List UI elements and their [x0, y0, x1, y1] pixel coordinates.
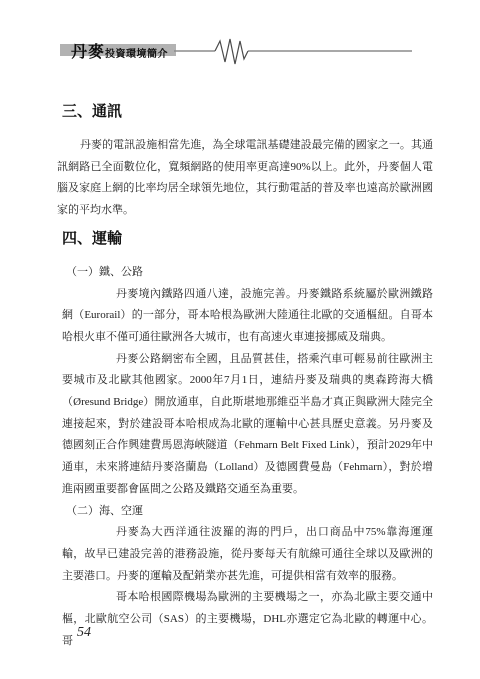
page-content: 三、通訊 丹麥的電訊設施相當先進，為全球電訊基礎建設最完備的國家之一。其通訊網路…	[0, 0, 480, 652]
paragraph-communications: 丹麥的電訊設施相當先進，為全球電訊基礎建設最完備的國家之一。其通訊網路已全面數位…	[57, 135, 433, 222]
paragraph-road: 丹麥公路網密布全國，且品質甚佳，搭乘汽車可輕易前往歐洲主要城市及北歐其他國家。2…	[62, 349, 433, 501]
page-number: 54	[77, 625, 91, 641]
subsection-label-rail-road: （一）鐵、公路	[66, 262, 480, 284]
paragraph-rail: 丹麥境內鐵路四通八達，設施完善。丹麥鐵路系統屬於歐洲鐵路網（Eurorail）的…	[62, 284, 433, 349]
paragraph-air-transport: 哥本哈根國際機場為歐洲的主要機場之一，亦為北歐主要交通中樞，北歐航空公司（SAS…	[62, 587, 433, 652]
section-heading-communications: 三、通訊	[62, 103, 480, 122]
section-heading-transport: 四、運輸	[62, 230, 480, 249]
document-page: 丹麥投資環境簡介 三、通訊 丹麥的電訊設施相當先進，為全球電訊基礎建設最完備的國…	[0, 0, 480, 679]
paragraph-sea-shipping: 丹麥為大西洋通往波羅的海的門戶，出口商品中75%靠海運運輸，故早已建設完善的港務…	[62, 522, 433, 587]
subsection-label-sea-air: （二）海、空運	[66, 501, 480, 523]
